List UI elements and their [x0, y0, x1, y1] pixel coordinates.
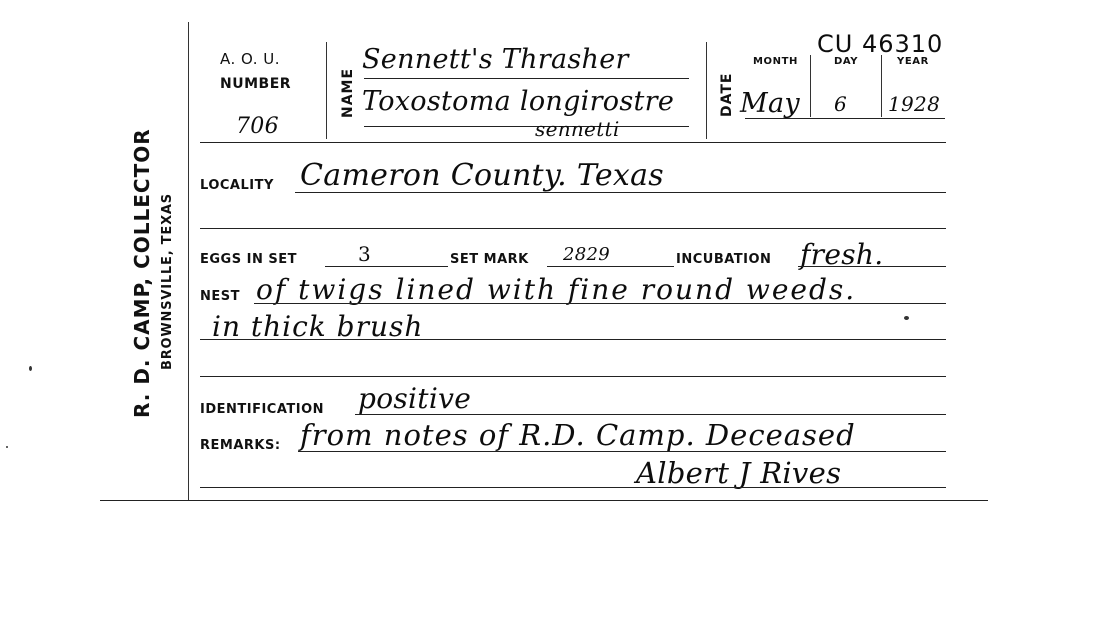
- scientific-name-line: [364, 126, 689, 127]
- set-mark-label: SET MARK: [450, 252, 529, 267]
- aou-label-line2: NUMBER: [220, 76, 291, 92]
- catalog-number: CU 46310: [817, 30, 943, 58]
- common-name-value: Sennett's Thrasher: [362, 44, 629, 75]
- incubation-label: INCUBATION: [676, 252, 771, 267]
- name-label: NAME: [340, 68, 356, 118]
- stray-mark: [29, 366, 32, 371]
- locality-extra-line: [200, 228, 946, 229]
- eggs-in-set-line: [325, 266, 448, 267]
- remarks-value: from notes of R.D. Camp. Deceased: [300, 418, 856, 452]
- ink-speck: [904, 316, 909, 320]
- month-label: MONTH: [753, 56, 798, 67]
- aou-name-divider: [326, 42, 327, 139]
- scientific-name-value: Toxostoma longirostre: [362, 86, 674, 117]
- nest-line1: [254, 303, 946, 304]
- remarks-line2: [200, 487, 946, 488]
- subspecies-value: sennetti: [535, 117, 620, 141]
- aou-number-value: 706: [236, 114, 279, 139]
- name-date-divider: [706, 42, 707, 139]
- identification-line: [355, 414, 946, 415]
- year-value: 1928: [888, 92, 940, 116]
- remarks-line: [298, 451, 946, 452]
- remarks-signature: Albert J Rives: [636, 456, 841, 490]
- day-value: 6: [834, 92, 847, 116]
- set-mark-line: [547, 266, 674, 267]
- date-value-line: [745, 118, 945, 119]
- card-bottom-border: [100, 500, 988, 501]
- nest-line2: [200, 339, 946, 340]
- collector-name: R. D. CAMP, COLLECTOR: [130, 128, 154, 418]
- aou-label-line1: A. O. U.: [220, 50, 280, 68]
- locality-label: LOCALITY: [200, 178, 274, 193]
- collector-location: BROWNSVILLE, TEXAS: [160, 193, 175, 370]
- date-label: DATE: [719, 73, 735, 117]
- eggs-in-set-value: 3: [358, 242, 371, 266]
- card-left-border: [188, 22, 189, 500]
- month-value: May: [740, 88, 800, 119]
- header-bottom-rule: [200, 142, 946, 143]
- set-mark-value: 2829: [563, 244, 610, 265]
- day-label: DAY: [834, 56, 858, 67]
- nest-label: NEST: [200, 289, 240, 304]
- common-name-line: [364, 78, 689, 79]
- eggs-in-set-label: EGGS IN SET: [200, 252, 297, 267]
- locality-value: Cameron County. Texas: [300, 158, 664, 193]
- day-year-divider: [881, 55, 882, 117]
- identification-value: positive: [358, 382, 471, 415]
- locality-line: [295, 192, 946, 193]
- remarks-label: REMARKS:: [200, 438, 281, 453]
- month-day-divider: [810, 55, 811, 117]
- stray-dot: [6, 446, 8, 448]
- identification-label: IDENTIFICATION: [200, 402, 324, 417]
- year-label: YEAR: [897, 56, 929, 67]
- incubation-line: [798, 266, 946, 267]
- nest-value-line1: of twigs lined with fine round weeds.: [256, 273, 856, 306]
- blank-line: [200, 376, 946, 377]
